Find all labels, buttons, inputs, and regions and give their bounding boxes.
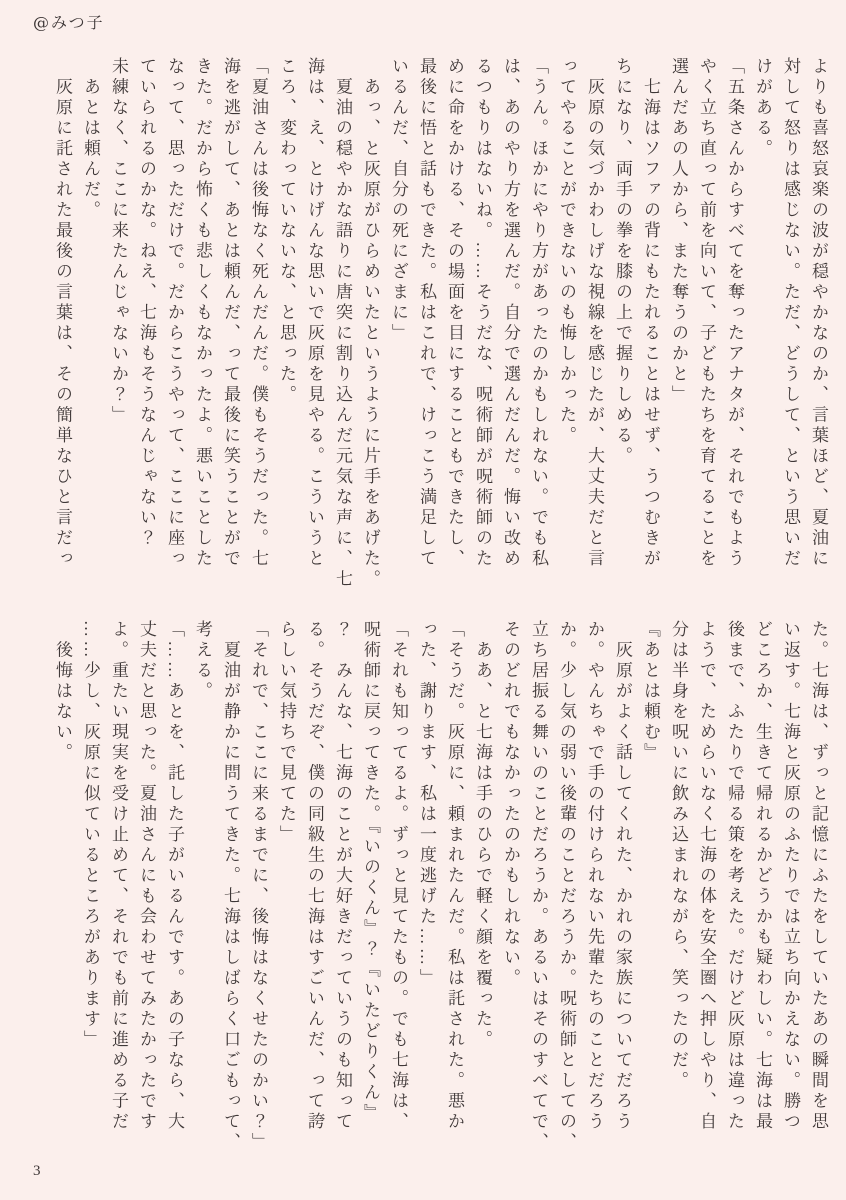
story-text-top-block: よりも喜怒哀楽の波が穏やかなのか、言葉ほど、夏油に 対して怒りは感じない。ただ、… <box>48 57 832 602</box>
page-number: 3 <box>33 1163 41 1180</box>
author-credit: @みつ子 <box>33 10 105 33</box>
story-text-bottom-block: た。七海は、ずっと記憶にふたをしていたあの瞬間を思 い返す。七海と灰原のふたりで… <box>48 620 832 1165</box>
